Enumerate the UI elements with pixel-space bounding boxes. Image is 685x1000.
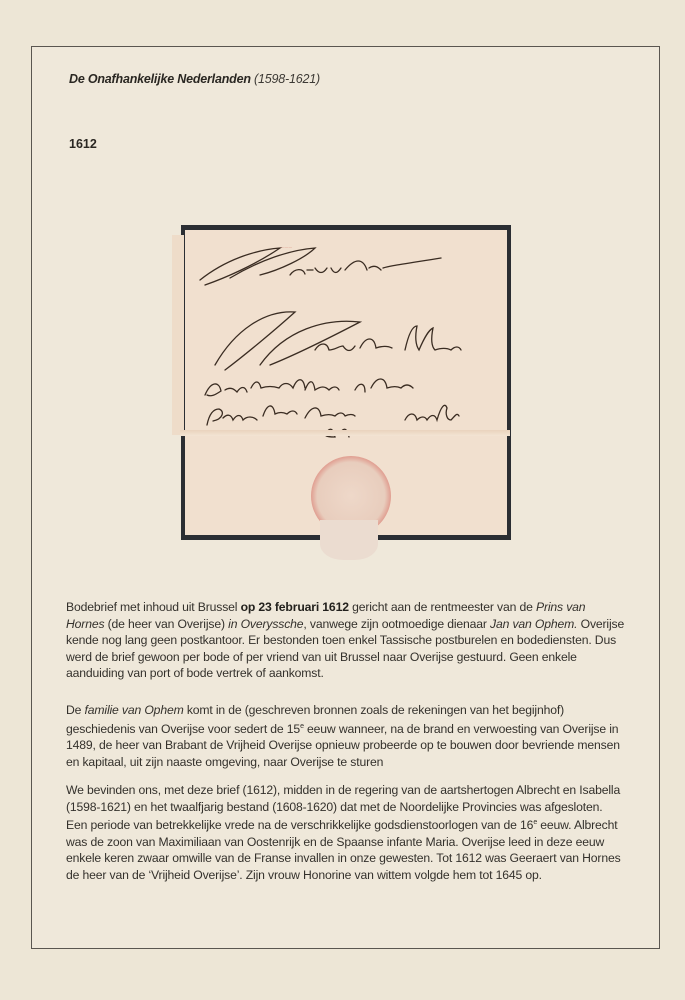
handwriting-address: ~~~ (185, 230, 507, 450)
family-history-paragraph: De familie van Ophem komt in de (geschre… (66, 702, 626, 770)
text-segment: gericht aan de rentmeester van de (349, 600, 536, 614)
text-segment: , vanwege zijn ootmoedige dienaar (303, 617, 490, 631)
sender-name: Jan van Ophem. (490, 617, 577, 631)
date-emphasis: op 23 februari 1612 (241, 600, 349, 614)
description-paragraph: Bodebrief met inhoud uit Brussel op 23 f… (66, 599, 626, 682)
family-name: familie van Ophem (85, 703, 184, 717)
page-title: De Onafhankelijke Nederlanden (1598-1621… (69, 72, 320, 86)
page-title-main: De Onafhankelijke Nederlanden (69, 72, 251, 86)
text-segment: Bodebrief met inhoud uit Brussel (66, 600, 241, 614)
page-title-years: (1598-1621) (254, 72, 320, 86)
svg-text:~~~: ~~~ (280, 245, 292, 252)
historical-context-paragraph: We bevinden ons, met deze brief (1612), … (66, 782, 626, 884)
destination-name: in Overyssche (228, 617, 303, 631)
letter-flap (172, 235, 184, 435)
seal-paper-tab (320, 520, 378, 560)
year-heading: 1612 (69, 137, 97, 151)
text-segment: De (66, 703, 85, 717)
letter-fold (180, 430, 510, 436)
text-segment: (de heer van Overijse) (104, 617, 228, 631)
